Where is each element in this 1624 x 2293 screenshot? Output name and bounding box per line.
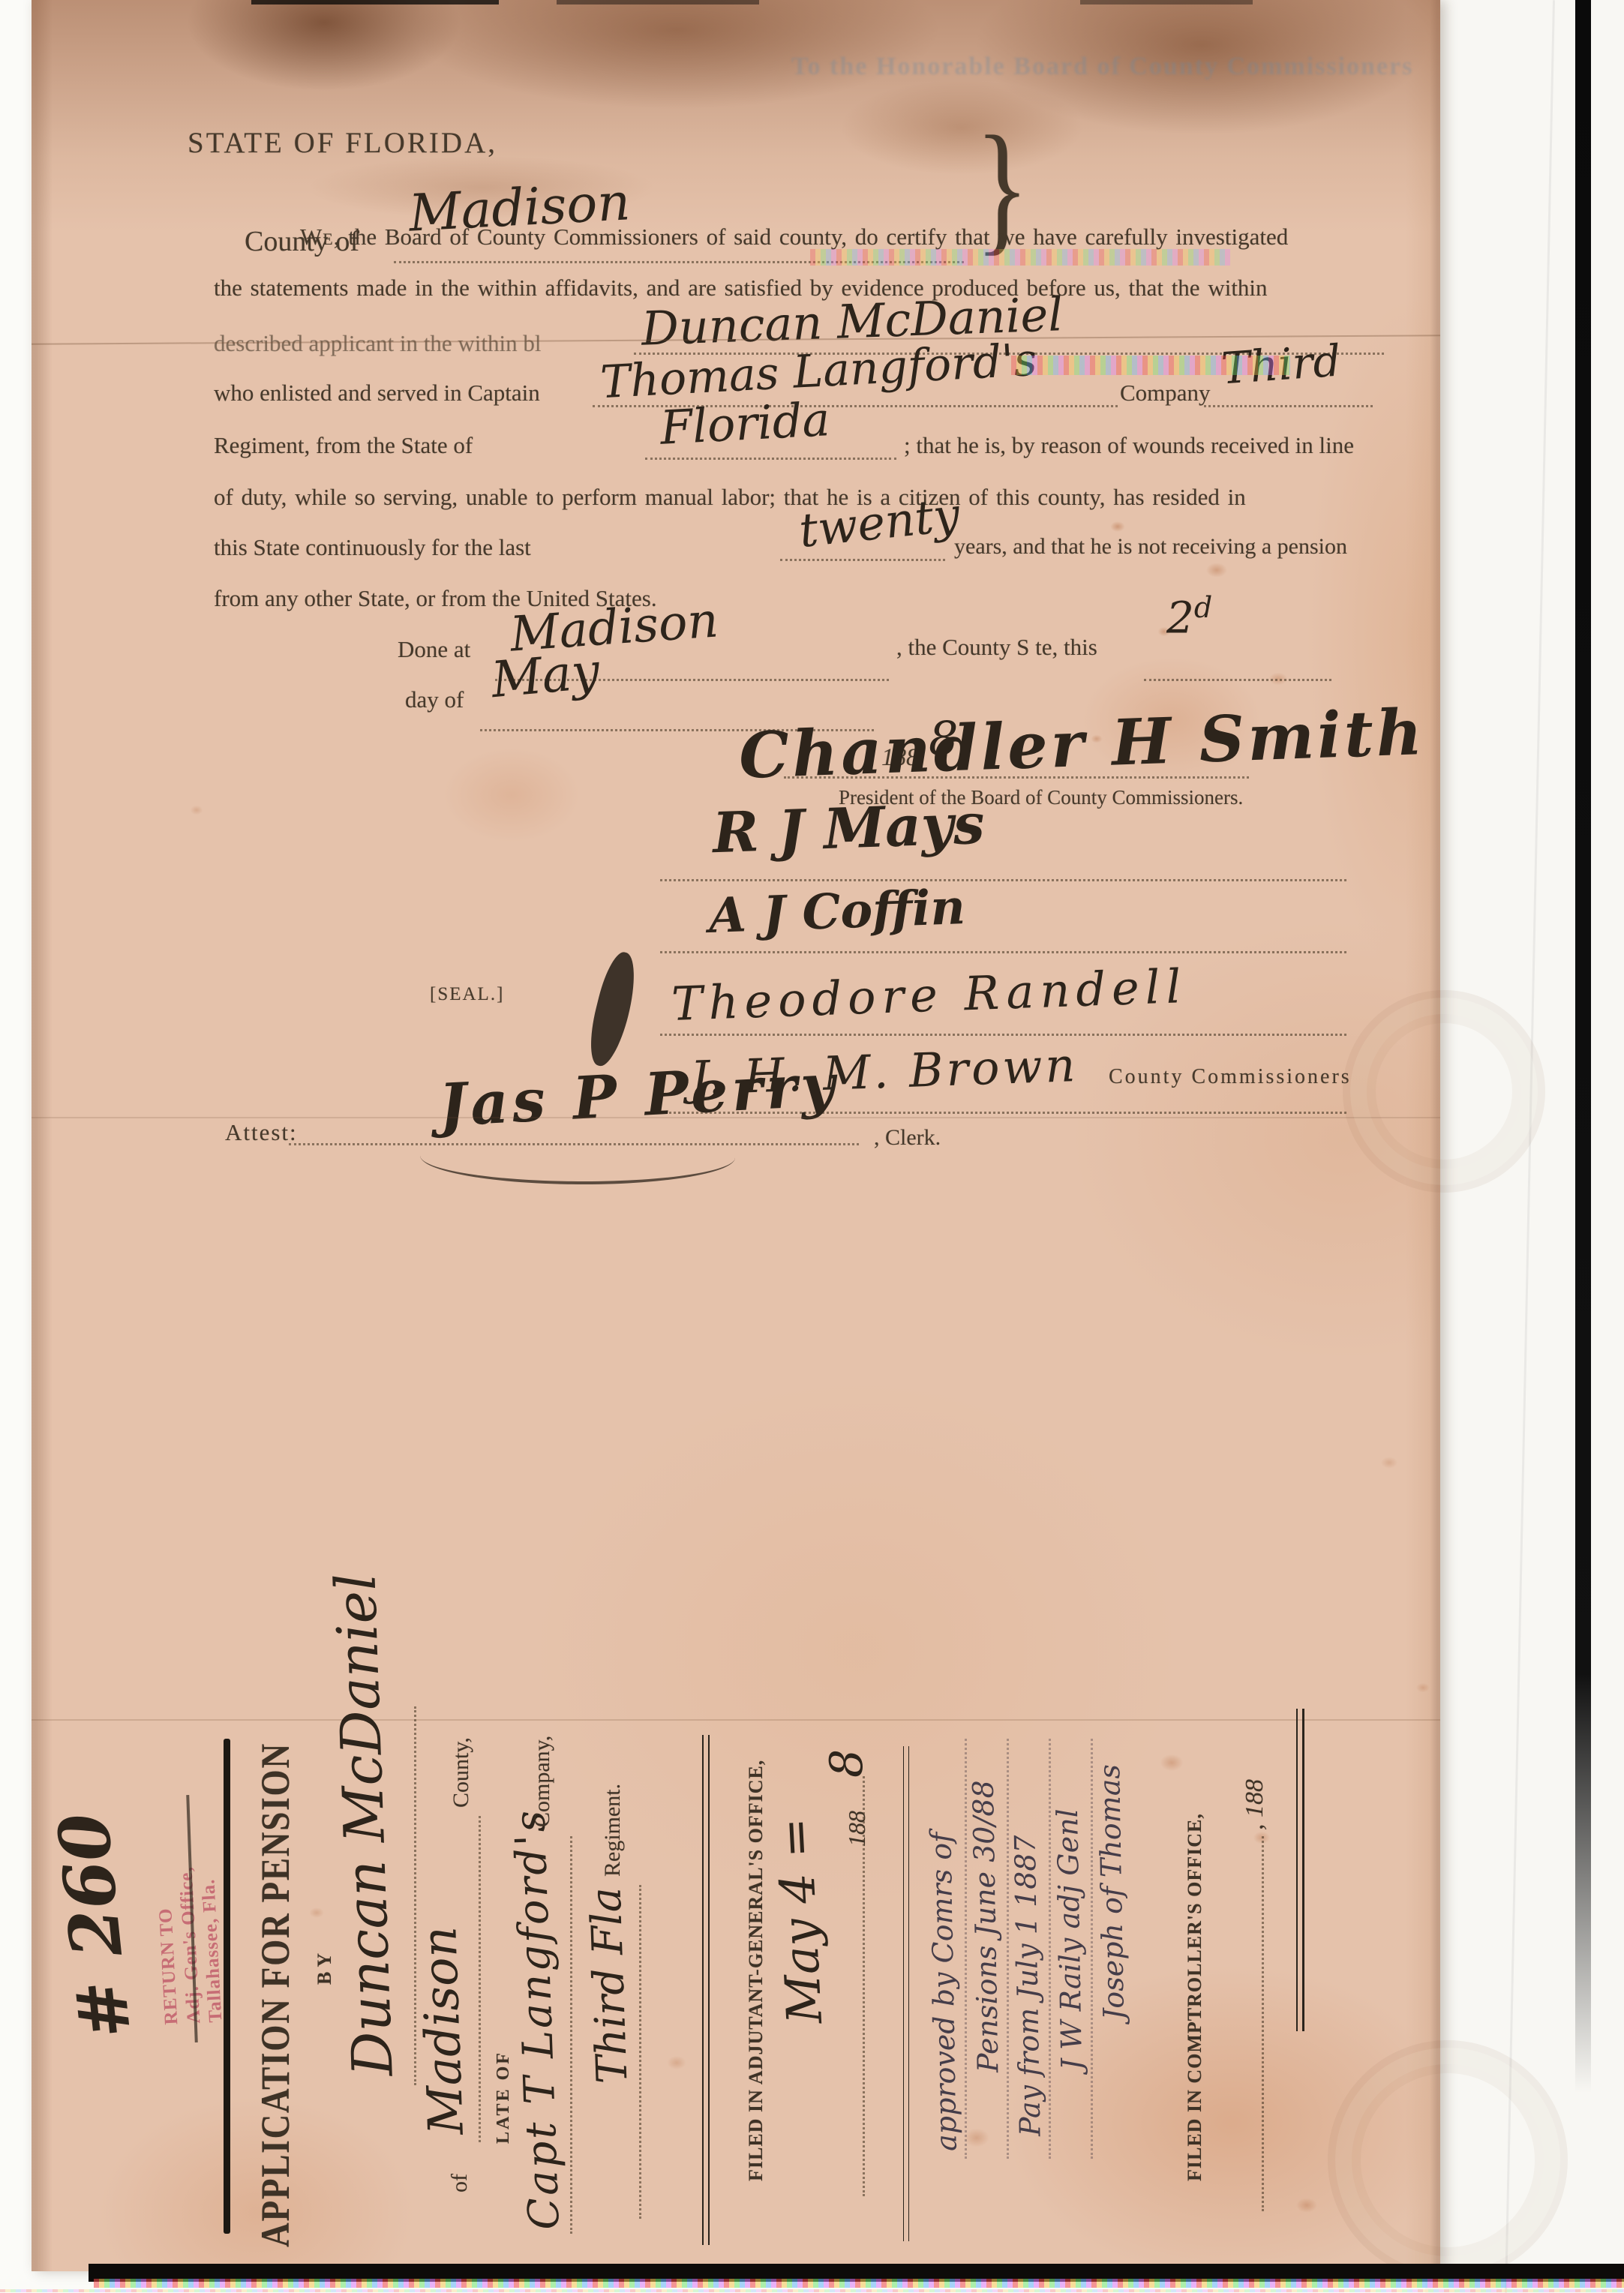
docket-county-handwritten: Madison xyxy=(412,1925,475,2135)
dotted-line xyxy=(784,776,1249,779)
commissioner-signature-2: A J Coffin xyxy=(708,879,966,944)
docket-note-1: approved by Comrs of xyxy=(924,1832,962,2151)
paragraph-line-1: We, the Board of County Commissioners of… xyxy=(300,224,1288,251)
docket-title: APPLICATION FOR PENSION xyxy=(252,1742,299,2247)
done-at-label: Done at xyxy=(398,636,470,663)
company-label: Company xyxy=(1120,380,1211,407)
docket-note-5: Joseph of Thomas xyxy=(1093,1764,1130,2021)
paragraph-line-7-suffix: years, and that he is not receiving a pe… xyxy=(954,534,1347,560)
dotted-line xyxy=(1007,1739,1009,2159)
docket-of-label: of xyxy=(447,2174,473,2192)
seal-label: [SEAL.] xyxy=(430,984,504,1005)
paragraph-line-3-faded: described applicant in the within bl xyxy=(214,330,541,357)
paragraph-line-7: this State continuously for the last xyxy=(214,534,531,561)
docket-double-rule xyxy=(702,1735,710,2245)
filed-date-handwritten: May 4 = xyxy=(767,1816,833,2024)
scan-glitch xyxy=(810,249,1230,266)
docket-note-2: Pensions June 30/88 xyxy=(967,1780,1005,2072)
dotted-line xyxy=(570,1836,572,2234)
dotted-line xyxy=(1262,1836,1264,2211)
day-value-handwritten: 2d xyxy=(1166,591,1212,643)
paragraph-line-6: of duty, while so serving, unable to per… xyxy=(214,484,1246,511)
docket-company-handwritten: Capt T Langford's xyxy=(506,1808,569,2231)
scanned-document-page: To the Honorable Board of County Commiss… xyxy=(0,0,1624,2293)
docket-double-rule xyxy=(903,1746,909,2241)
case-number-handwritten: # 260 xyxy=(43,1809,147,2042)
dotted-line xyxy=(1049,1739,1051,2159)
state-value-handwritten: Florida xyxy=(659,392,831,455)
scan-edge-bar xyxy=(1575,0,1591,2093)
dotted-line xyxy=(639,1885,641,2219)
adjutant-office-label: FILED IN ADJUTANT-GENERAL'S OFFICE, xyxy=(745,1760,767,2181)
dotted-line xyxy=(1091,1739,1093,2159)
docket-late-of-label: LATE OF xyxy=(494,2051,514,2144)
fold-crease xyxy=(32,1117,1440,1118)
commissioners-label: County Commissioners xyxy=(1109,1065,1352,1089)
we-smallcaps: We, xyxy=(300,224,340,250)
dotted-line xyxy=(660,951,1346,953)
docket-heavy-rule xyxy=(224,1739,230,2234)
scan-glitch-bottom-faint xyxy=(0,2289,1624,2292)
docket-by-label: BY xyxy=(314,1949,336,1985)
paragraph-line-5: Regiment, from the State of xyxy=(214,432,473,459)
scan-glitch xyxy=(1011,356,1290,375)
filed-year-printed: 188 xyxy=(843,1811,871,1847)
comptroller-office-label: FILED IN COMPTROLLER'S OFFICE, xyxy=(1184,1813,1206,2181)
scan-mark xyxy=(1080,0,1253,5)
docket-note-3: Pay from July 1 1887 xyxy=(1008,1835,1046,2136)
dotted-line xyxy=(479,1816,481,2142)
docket-double-rule xyxy=(1296,1709,1304,2031)
dotted-line xyxy=(660,879,1346,881)
docket-regiment-handwritten: Third Fla xyxy=(581,1886,637,2084)
dotted-line xyxy=(289,1143,859,1145)
comptroller-year-printed: , 188 xyxy=(1241,1779,1269,1830)
dotted-line xyxy=(1204,405,1373,407)
county-seat-text: , the County S te, this xyxy=(896,634,1097,661)
dotted-line xyxy=(1144,679,1331,681)
attest-label: Attest: xyxy=(225,1119,298,1146)
scan-mark xyxy=(251,0,499,5)
bleed-through-text: To the Honorable Board of County Commiss… xyxy=(791,53,1421,81)
dotted-line xyxy=(780,559,945,561)
dotted-line xyxy=(660,1034,1346,1036)
scan-glitch-bottom xyxy=(94,2279,1624,2288)
paragraph-line-5-suffix: ; that he is, by reason of wounds receiv… xyxy=(904,432,1354,459)
paragraph-line-4: who enlisted and served in Captain xyxy=(214,380,540,407)
dotted-line xyxy=(863,1776,865,2196)
docket-note-4: J W Raily adj Genl xyxy=(1051,1808,1088,2070)
month-handwritten: May xyxy=(489,642,602,709)
docket-county-label: County, xyxy=(449,1737,474,1808)
docket-regiment-label: Regiment. xyxy=(600,1784,626,1877)
clerk-label: , Clerk. xyxy=(874,1125,941,1151)
day-of-label: day of xyxy=(405,686,464,713)
dotted-line xyxy=(645,458,896,460)
scan-mark xyxy=(557,0,759,5)
filed-year-handwritten: 8 xyxy=(821,1749,873,1778)
docket-company-label: Company, xyxy=(530,1736,555,1827)
state-title: STATE OF FLORIDA, xyxy=(188,126,497,160)
embossed-seal-ghost xyxy=(1343,990,1545,1193)
docket-panel: # 260 RETURN TO Adj. Gen's Office, Talla… xyxy=(44,1707,1386,2264)
commissioner-signature-1: R J Mays xyxy=(712,792,986,866)
